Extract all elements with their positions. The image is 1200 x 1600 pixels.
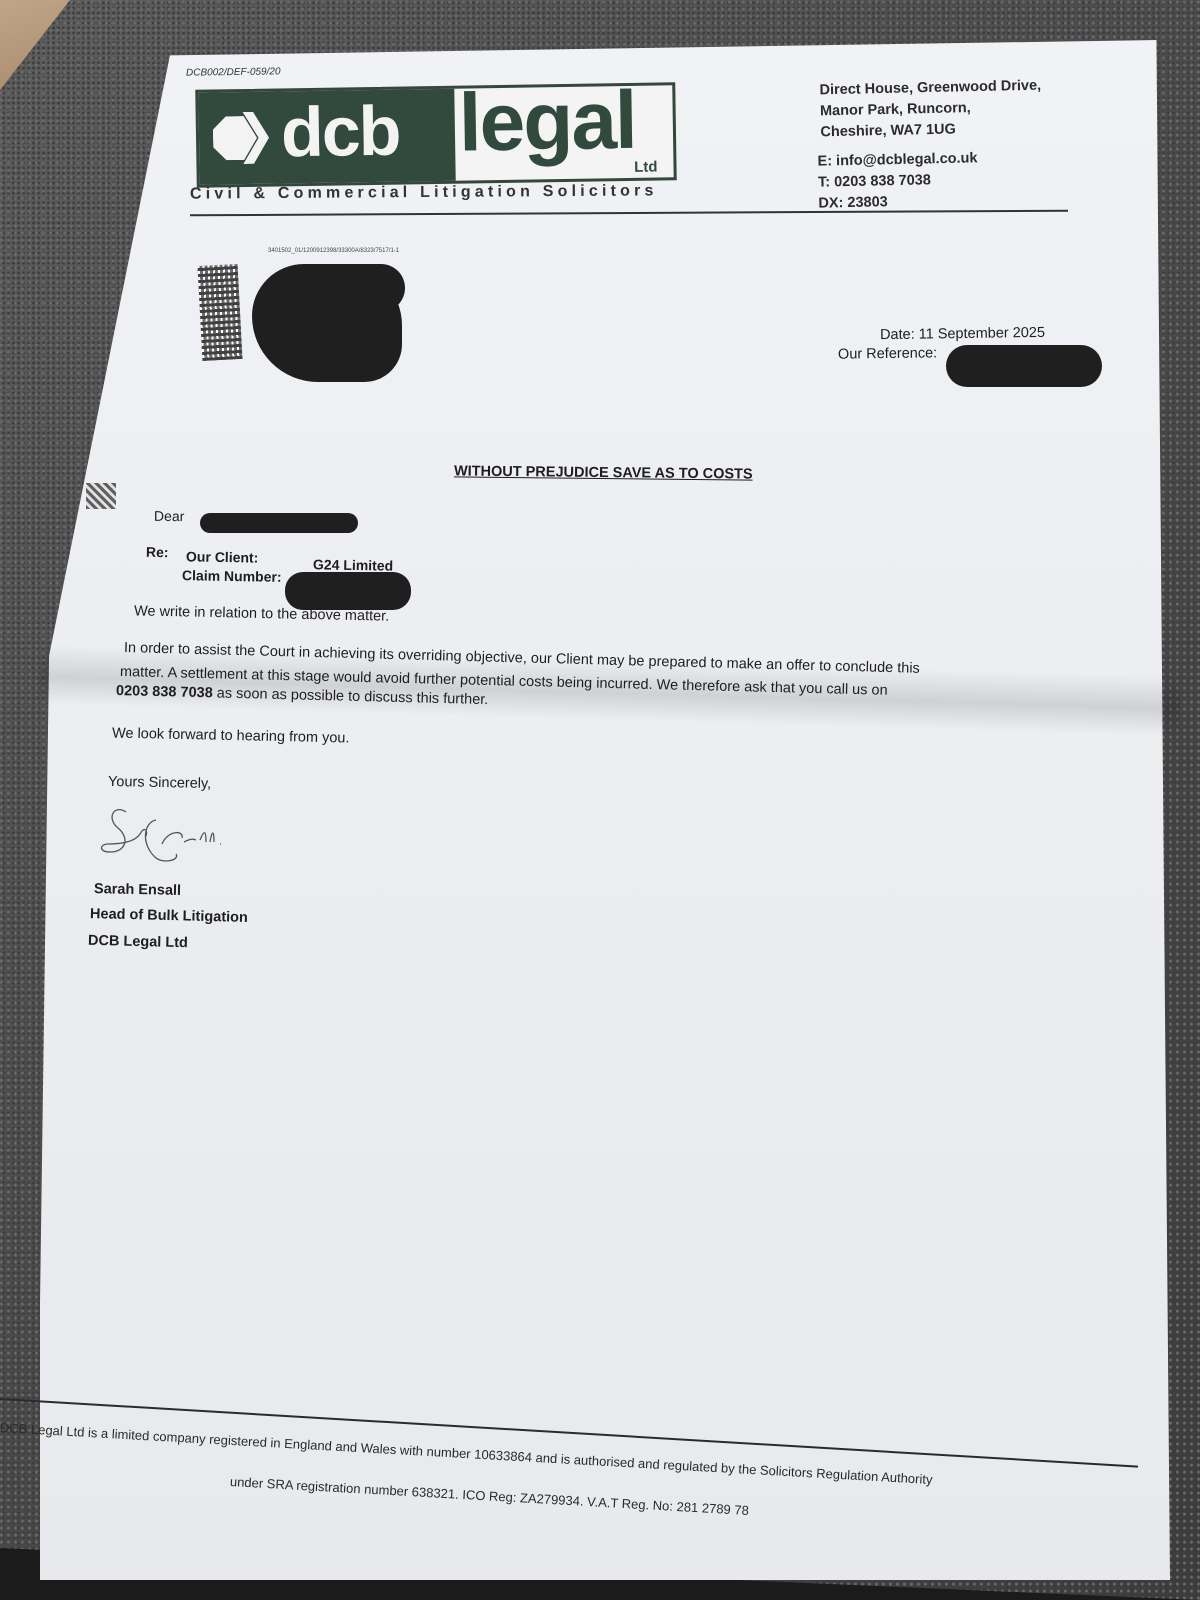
salutation: Dear (154, 508, 185, 524)
signatory-company: DCB Legal Ltd (88, 933, 188, 951)
sender-contact: E: info@dcblegal.co.uk T: 0203 838 7038 … (817, 148, 978, 214)
footer-legal-line1: DCB Legal Ltd is a limited company regis… (0, 1420, 933, 1487)
datamatrix-barcode-icon (198, 264, 243, 361)
client-label: Our Client: (186, 548, 259, 565)
letter-heading: WITHOUT PREJUDICE SAVE AS TO COSTS (454, 463, 753, 482)
contact-email: E: info@dcblegal.co.uk (817, 148, 977, 172)
signatory-name: Sarah Ensall (94, 881, 181, 899)
claim-number-label: Claim Number: (182, 567, 282, 585)
redacted-reference (946, 345, 1102, 387)
logo-ltd-text: Ltd (634, 159, 658, 176)
small-barcode-icon (86, 483, 116, 509)
document-code: DCB002/DEF-059/20 (186, 66, 281, 78)
redacted-recipient-address (300, 264, 405, 312)
header-divider (190, 210, 1068, 217)
re-label: Re: (146, 544, 169, 560)
signature-icon (96, 800, 246, 870)
sender-address: Direct House, Greenwood Drive, Manor Par… (819, 76, 1042, 144)
logo-legal-text: legal (458, 80, 636, 165)
barcode-reference: 3401502_01/1200912398/33300A/8323/7517/1… (268, 248, 399, 254)
paragraph-closing: We look forward to hearing from you. (112, 726, 350, 747)
company-logo: dcb legal Ltd (195, 82, 676, 188)
side-reference: 8323/7517/1-1 (0, 989, 1, 1041)
our-reference-label: Our Reference: (838, 345, 937, 362)
signatory-title: Head of Bulk Litigation (90, 906, 248, 926)
valediction: Yours Sincerely, (108, 774, 211, 792)
arrow-icon (213, 112, 276, 165)
redacted-claim-number (285, 572, 411, 610)
redacted-recipient-name (200, 513, 358, 533)
logo-dcb-text: dcb (280, 96, 400, 168)
letter-content: DCB002/DEF-059/20 dcb legal Ltd Civil & … (0, 0, 1200, 1600)
footer-legal-line2: under SRA registration number 638321. IC… (230, 1474, 750, 1518)
letter-date: Date: 11 September 2025 (880, 325, 1045, 343)
phone-number: 0203 838 7038 (116, 683, 213, 701)
company-tagline: Civil & Commercial Litigation Solicitors (190, 182, 658, 203)
